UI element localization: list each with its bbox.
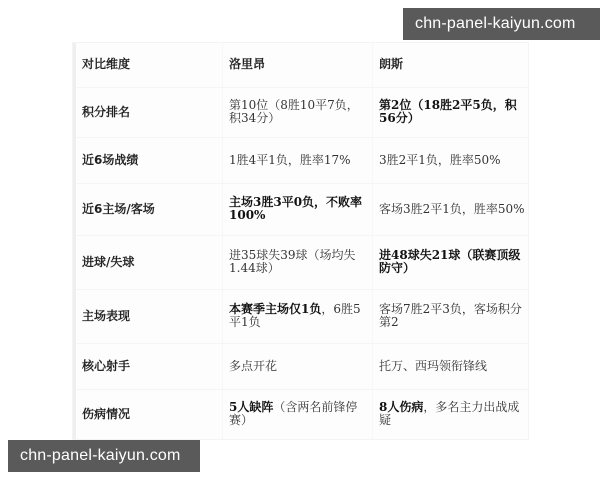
- row-dimension: 核心射手: [75, 343, 223, 389]
- team-a-value: 本赛季主场仅1负，6胜5平1负: [223, 289, 373, 343]
- team-b-value: 第2位（18胜2平5负，积56分）: [373, 87, 530, 137]
- row-dimension: 进球/失球: [75, 235, 223, 289]
- team-a-value: 第10位（8胜10平7负，积34分）: [223, 87, 373, 137]
- comparison-table: 对比维度 洛里昂 朗斯 积分排名 第10位（8胜10平7负，积34分） 第2位（…: [72, 42, 529, 440]
- table-row: 近6场战绩 1胜4平1负，胜率17% 3胜2平1负，胜率50%: [75, 137, 530, 183]
- team-b-value: 8人伤病，多名主力出战成疑: [373, 389, 530, 439]
- table-row: 主场表现 本赛季主场仅1负，6胜5平1负 客场7胜2平3负，客场积分第2: [75, 289, 530, 343]
- watermark-top: chn-panel-kaiyun.com: [403, 8, 600, 40]
- table-row: 进球/失球 进35球失39球（场均失1.44球） 进48球失21球（联赛顶级防守…: [75, 235, 530, 289]
- team-b-value: 托万、西玛领衔锋线: [373, 343, 530, 389]
- table-row: 核心射手 多点开花 托万、西玛领衔锋线: [75, 343, 530, 389]
- table-row: 伤病情况 5人缺阵（含两名前锋停赛） 8人伤病，多名主力出战成疑: [75, 389, 530, 439]
- header-team-b: 朗斯: [373, 43, 530, 87]
- row-dimension: 主场表现: [75, 289, 223, 343]
- row-dimension: 伤病情况: [75, 389, 223, 439]
- header-dimension: 对比维度: [75, 43, 223, 87]
- table-row: 近6主场/客场 主场3胜3平0负，不败率100% 客场3胜2平1负，胜率50%: [75, 183, 530, 235]
- row-dimension: 近6场战绩: [75, 137, 223, 183]
- team-a-value: 1胜4平1负，胜率17%: [223, 137, 373, 183]
- team-a-value: 进35球失39球（场均失1.44球）: [223, 235, 373, 289]
- team-a-value: 多点开花: [223, 343, 373, 389]
- team-b-value: 客场3胜2平1负，胜率50%: [373, 183, 530, 235]
- team-a-value: 5人缺阵（含两名前锋停赛）: [223, 389, 373, 439]
- table-header-row: 对比维度 洛里昂 朗斯: [75, 43, 530, 87]
- team-a-value: 主场3胜3平0负，不败率100%: [223, 183, 373, 235]
- team-b-value: 客场7胜2平3负，客场积分第2: [373, 289, 530, 343]
- row-dimension: 积分排名: [75, 87, 223, 137]
- table-row: 积分排名 第10位（8胜10平7负，积34分） 第2位（18胜2平5负，积56分…: [75, 87, 530, 137]
- team-b-value: 3胜2平1负，胜率50%: [373, 137, 530, 183]
- row-dimension: 近6主场/客场: [75, 183, 223, 235]
- team-b-value: 进48球失21球（联赛顶级防守）: [373, 235, 530, 289]
- watermark-bottom: chn-panel-kaiyun.com: [8, 440, 200, 472]
- header-team-a: 洛里昂: [223, 43, 373, 87]
